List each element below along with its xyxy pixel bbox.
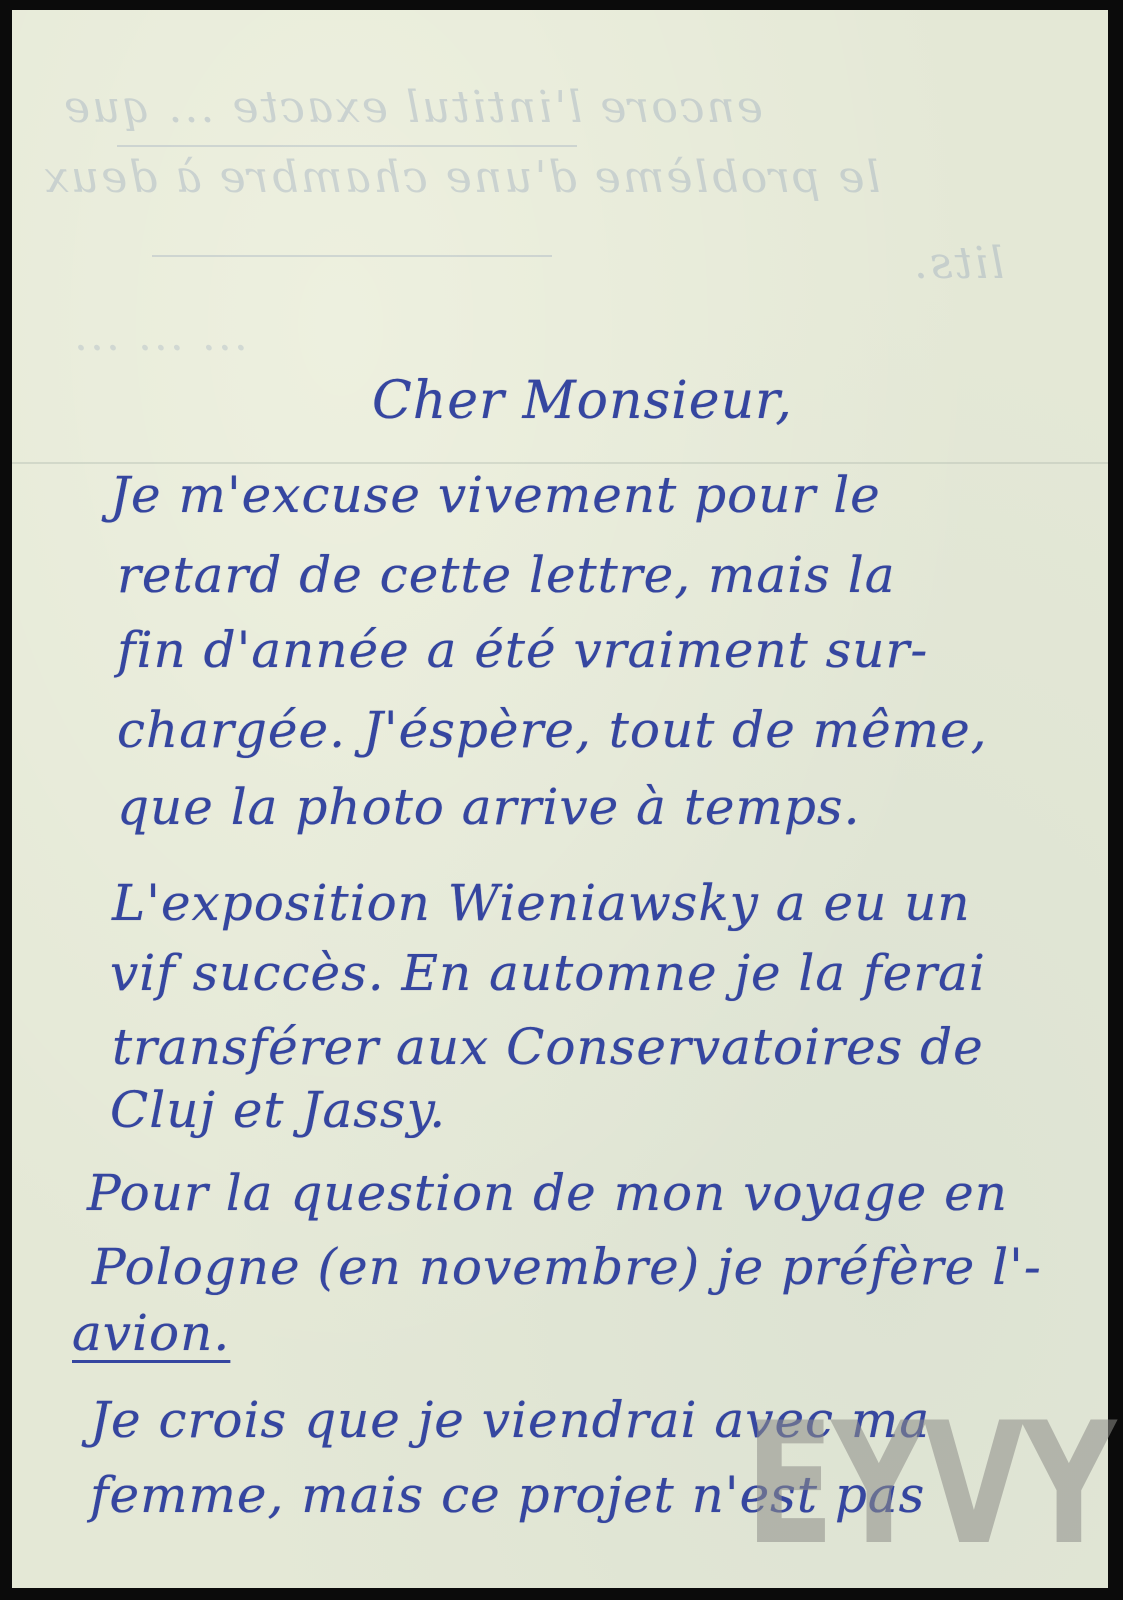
letter-line: Pour la question de mon voyage en [87, 1168, 1008, 1218]
letter-line: Cluj et Jassy. [110, 1085, 446, 1135]
paper-fold-line [12, 462, 1108, 464]
bleed-through-underline [117, 145, 577, 147]
letter-line: vif succès. En automne je la ferai [110, 948, 986, 998]
letter-line: fin d'année a été vraiment sur- [117, 625, 928, 675]
letter-line: que la photo arrive à temps. [117, 782, 860, 832]
bleed-through-line: encore l'intitul exacte ... que [62, 82, 763, 133]
watermark-text: EYVYL [745, 1412, 1123, 1557]
letter-line-underlined: avion. [72, 1308, 230, 1358]
letter-paper: encore l'intitul exacte ... que le probl… [12, 10, 1108, 1588]
letter-line: retard de cette lettre, mais la [117, 550, 896, 600]
letter-line: Pologne (en novembre) je préfère l'- [92, 1242, 1042, 1292]
letter-line: chargée. J'éspère, tout de même, [117, 705, 988, 755]
letter-salutation: Cher Monsieur, [372, 375, 793, 427]
archive-watermark-logo: EYVYL [745, 1412, 1075, 1557]
letter-line: transférer aux Conservatoires de [112, 1022, 984, 1072]
bleed-through-line: lits. [912, 238, 1004, 289]
letter-line: Je m'excuse vivement pour le [110, 470, 881, 520]
bleed-through-underline [152, 255, 552, 257]
letter-line: L'exposition Wieniawsky a eu un [112, 878, 971, 928]
bleed-through-line: ... ... ... [72, 310, 248, 361]
scan-frame: encore l'intitul exacte ... que le probl… [0, 0, 1123, 1600]
bleed-through-line: le problème d'une chambre à deux [42, 152, 881, 203]
